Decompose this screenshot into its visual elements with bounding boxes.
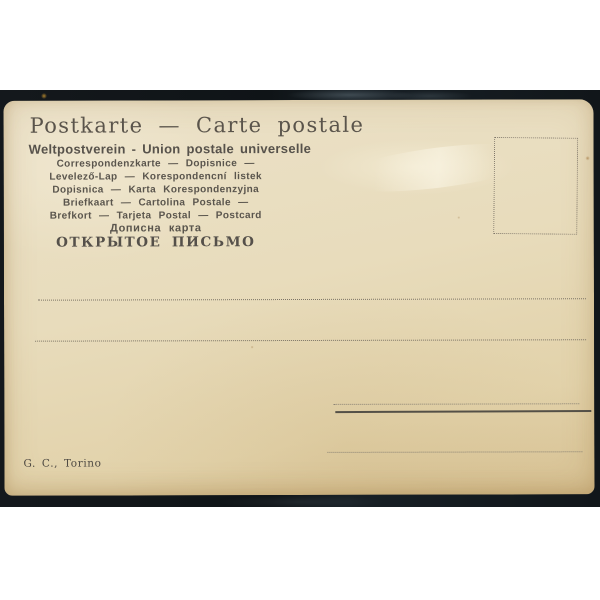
address-line-2 bbox=[35, 339, 586, 341]
language-line-hungarian-czech: Levelező-Lap — Korespondencní listek bbox=[36, 170, 276, 184]
signature-line-lower bbox=[327, 451, 582, 453]
postcard-title: Postkarte — Carte postale bbox=[30, 113, 365, 138]
postcard-back: Postkarte — Carte postale Weltpostverein… bbox=[3, 99, 594, 496]
dark-backdrop: Postkarte — Carte postale Weltpostverein… bbox=[0, 90, 600, 507]
signature-line-dotted bbox=[333, 403, 579, 405]
publisher-imprint: G. C., Torino bbox=[23, 458, 101, 470]
language-line-serbian: Дописна карта bbox=[36, 222, 276, 235]
language-line-german-czech: Correspondenzkarte — Dopisnice — bbox=[36, 157, 276, 171]
signature-line-solid bbox=[335, 410, 591, 413]
postcard-subtitle: Weltpostverein - Union postale universel… bbox=[29, 141, 312, 157]
auction-photo: Postkarte — Carte postale Weltpostverein… bbox=[0, 0, 600, 600]
language-line-croatian-polish: Dopisnica — Karta Korespondenzyjna bbox=[36, 183, 276, 197]
language-line-dutch-italian: Briefkaart — Cartolina Postale — bbox=[36, 196, 276, 210]
address-line-1 bbox=[38, 298, 586, 300]
language-line-russian: ОТКРЫТОЕ ПИСЬМО bbox=[36, 234, 276, 251]
language-line-swedish-spanish-english: Brefkort — Tarjeta Postal — Postcard bbox=[36, 209, 276, 223]
language-lines-block: Correspondenzkarte — Dopisnice — Levelez… bbox=[36, 157, 276, 251]
stamp-box bbox=[493, 137, 578, 235]
